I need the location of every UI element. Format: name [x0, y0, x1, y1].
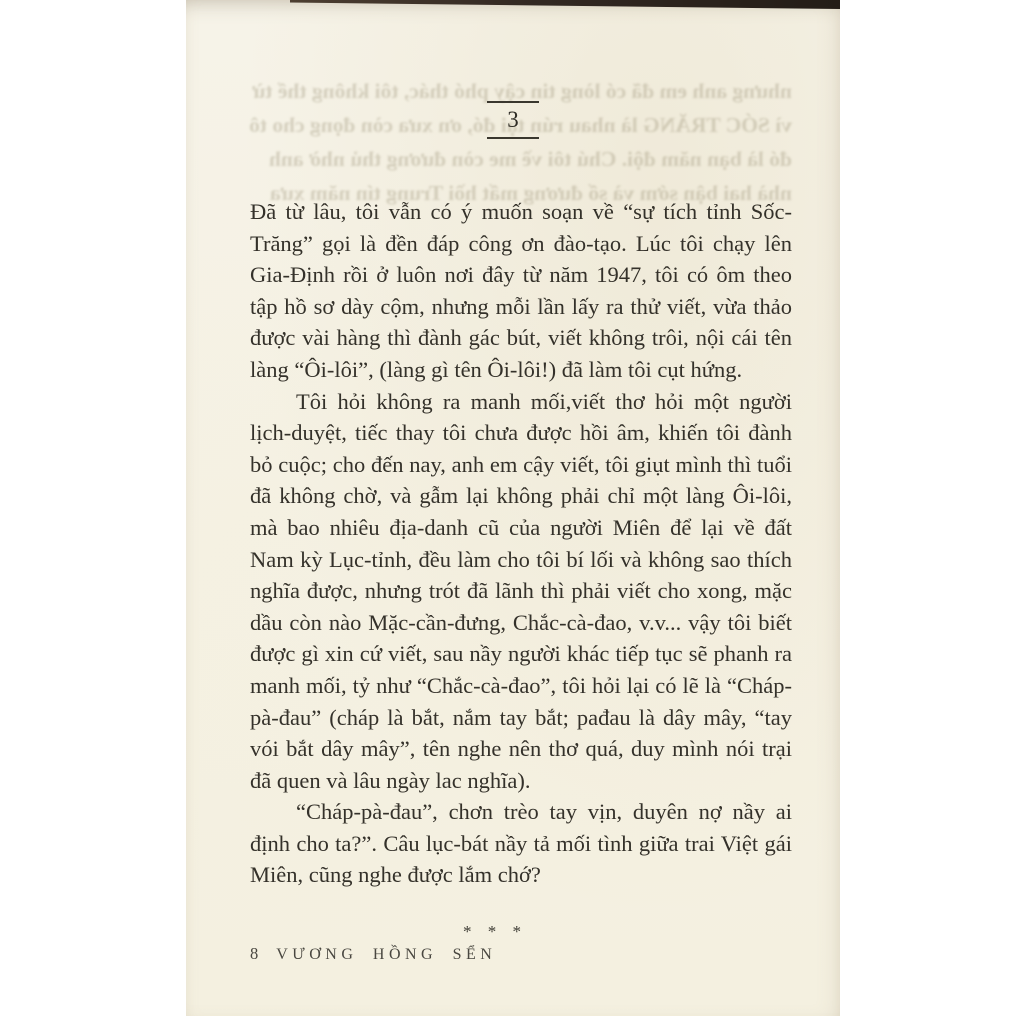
showthrough-text: nhưng anh em đã có lòng tin cậy phó thác… — [250, 74, 792, 210]
page-footer: 8VƯƠNG HỒNG SỂN — [250, 944, 496, 964]
paragraph: Tôi hỏi không ra manh mối,viết thơ hỏi m… — [250, 386, 792, 797]
chapter-heading: 3 — [186, 101, 840, 139]
page-top-edge-shadow — [290, 0, 840, 9]
showthrough-line: đó là bạn năm đội. Chú tôi về me còn đươ… — [250, 142, 792, 176]
chapter-number: 3 — [186, 103, 840, 137]
body-text: Đã từ lâu, tôi vẫn có ý muốn soạn về “sự… — [250, 196, 792, 891]
footer-author: VƯƠNG HỒNG SỂN — [276, 946, 496, 964]
scan-page: nhưng anh em đã có lòng tin cậy phó thác… — [186, 0, 840, 1016]
paragraph: Đã từ lâu, tôi vẫn có ý muốn soạn về “sự… — [250, 196, 792, 386]
paragraph: “Cháp-pà-đau”, chơn trèo tay vịn, duyên … — [250, 796, 792, 891]
chapter-rule-bottom — [487, 137, 539, 139]
section-separator: * * * — [168, 922, 822, 942]
footer-page-number: 8 — [250, 944, 258, 964]
photo-background: nhưng anh em đã có lòng tin cậy phó thác… — [0, 0, 1024, 1024]
